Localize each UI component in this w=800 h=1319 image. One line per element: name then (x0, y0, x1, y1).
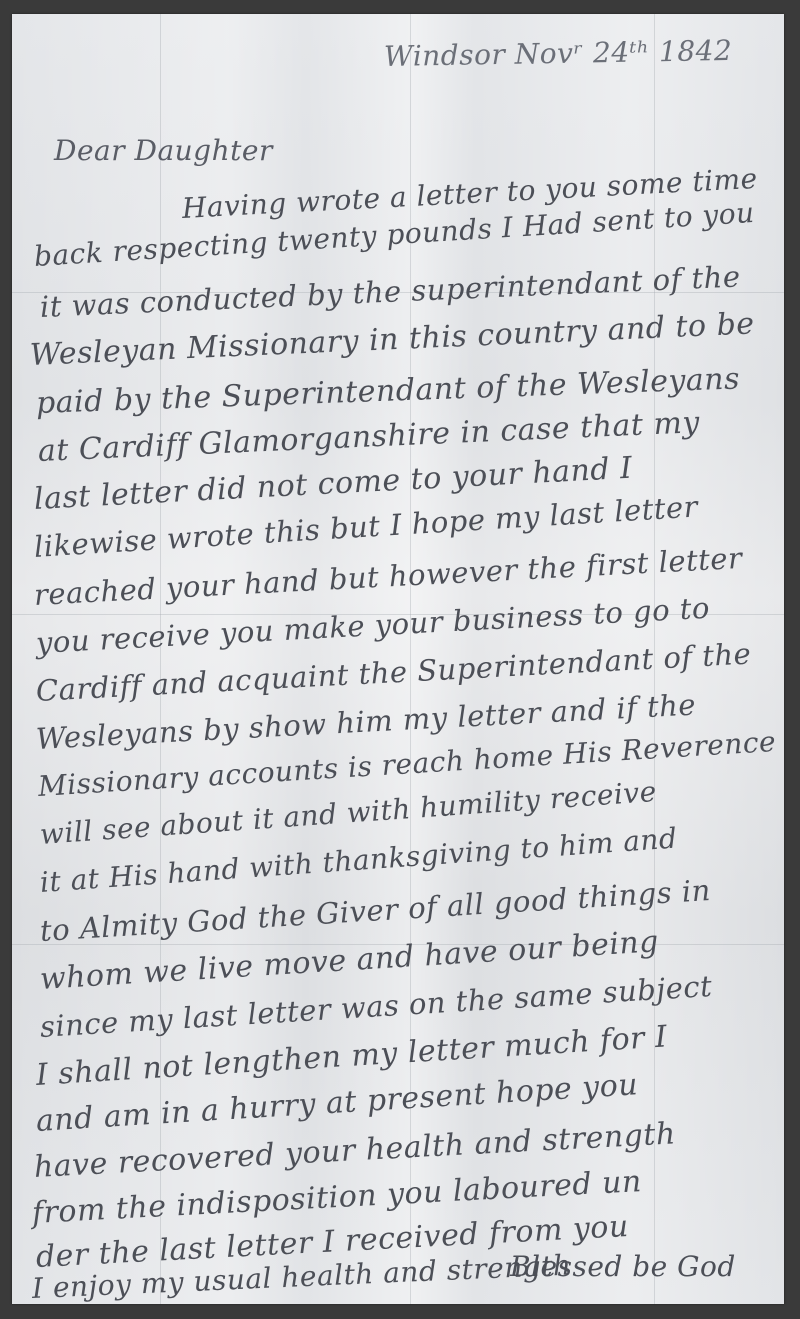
letter-dateline: Windsor Novʳ 24ᵗʰ 1842 (384, 34, 733, 73)
letter-page: Windsor Novʳ 24ᵗʰ 1842 Dear Daughter Hav… (12, 14, 784, 1304)
letter-closing: Blessed be God (510, 1250, 736, 1283)
letter-salutation: Dear Daughter (54, 134, 273, 167)
